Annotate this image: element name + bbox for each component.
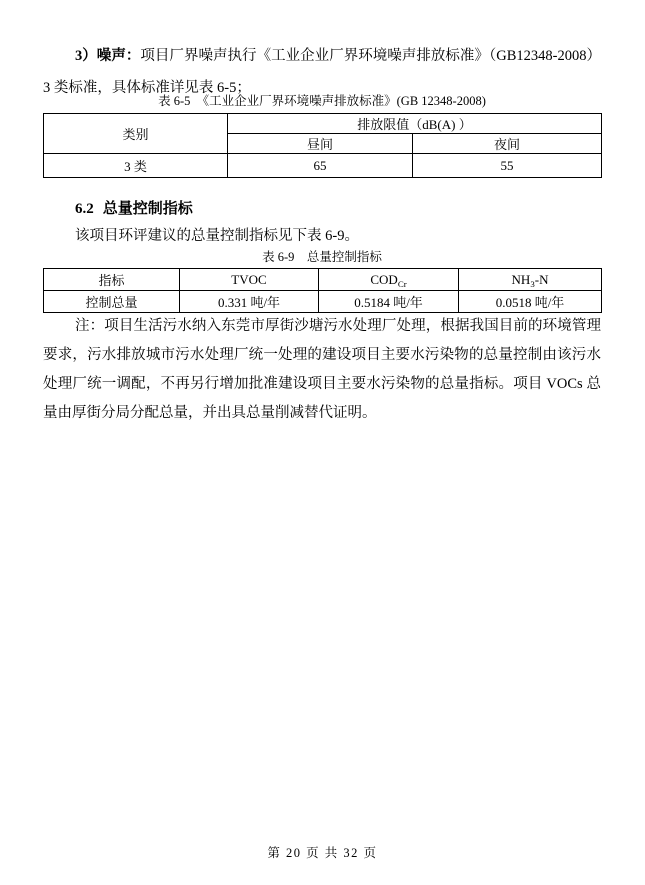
cell-day-header: 昼间 [228, 134, 413, 154]
section-title: 总量控制指标 [103, 201, 193, 217]
total-control-paragraph: 该项目环评建议的总量控制指标见下表 6-9。 [43, 224, 601, 248]
cell-night-value: 55 [413, 154, 602, 178]
cell-nh3-value: 0.0518 吨/年 [459, 291, 602, 313]
cell-day-value: 65 [228, 154, 413, 178]
table-6-9: 指标 TVOC CODCr NH3-N 控制总量 0.331 吨/年 0.518… [43, 268, 602, 313]
cell-limit-header: 排放限值（dB(A) ） [228, 114, 602, 134]
table-row: 3 类 65 55 [44, 154, 602, 178]
section-heading: 6.2总量控制指标 [43, 198, 601, 220]
table-row: 控制总量 0.331 吨/年 0.5184 吨/年 0.0518 吨/年 [44, 291, 602, 313]
table-6-9-caption: 表 6-9 总量控制指标 [43, 249, 601, 266]
cell-night-header: 夜间 [413, 134, 602, 154]
nh3-main: NH [512, 272, 531, 287]
table-row: 指标 TVOC CODCr NH3-N [44, 269, 602, 291]
cell-class-value: 3 类 [44, 154, 228, 178]
cell-cod-header: CODCr [319, 269, 459, 291]
section-number: 6.2 [75, 201, 94, 217]
page-footer: 第 20 页 共 32 页 [0, 843, 645, 861]
cell-tvoc-value: 0.331 吨/年 [180, 291, 319, 313]
document-page: 3）噪声：项目厂界噪声执行《工业企业厂界环境噪声排放标准》（GB12348-20… [0, 0, 645, 885]
table-6-5: 类别 排放限值（dB(A) ） 昼间 夜间 3 类 65 55 [43, 113, 602, 178]
cell-indicator-header: 指标 [44, 269, 180, 291]
table-6-5-caption: 表 6-5 《工业企业厂界环境噪声排放标准》(GB 12348-2008) [43, 93, 601, 110]
nh3-suffix: -N [535, 272, 549, 287]
cell-control-label: 控制总量 [44, 291, 180, 313]
cell-nh3-header: NH3-N [459, 269, 602, 291]
note-paragraph: 注：项目生活污水纳入东莞市厚街沙塘污水处理厂处理，根据我国目前的环境管理要求，污… [43, 312, 601, 428]
cod-main: COD [370, 272, 397, 287]
cell-category-header: 类别 [44, 114, 228, 154]
cell-tvoc-header: TVOC [180, 269, 319, 291]
cell-cod-value: 0.5184 吨/年 [319, 291, 459, 313]
noise-paragraph-lead: 3）噪声： [75, 48, 140, 64]
table-row: 类别 排放限值（dB(A) ） [44, 114, 602, 134]
cod-subscript: Cr [398, 279, 407, 289]
